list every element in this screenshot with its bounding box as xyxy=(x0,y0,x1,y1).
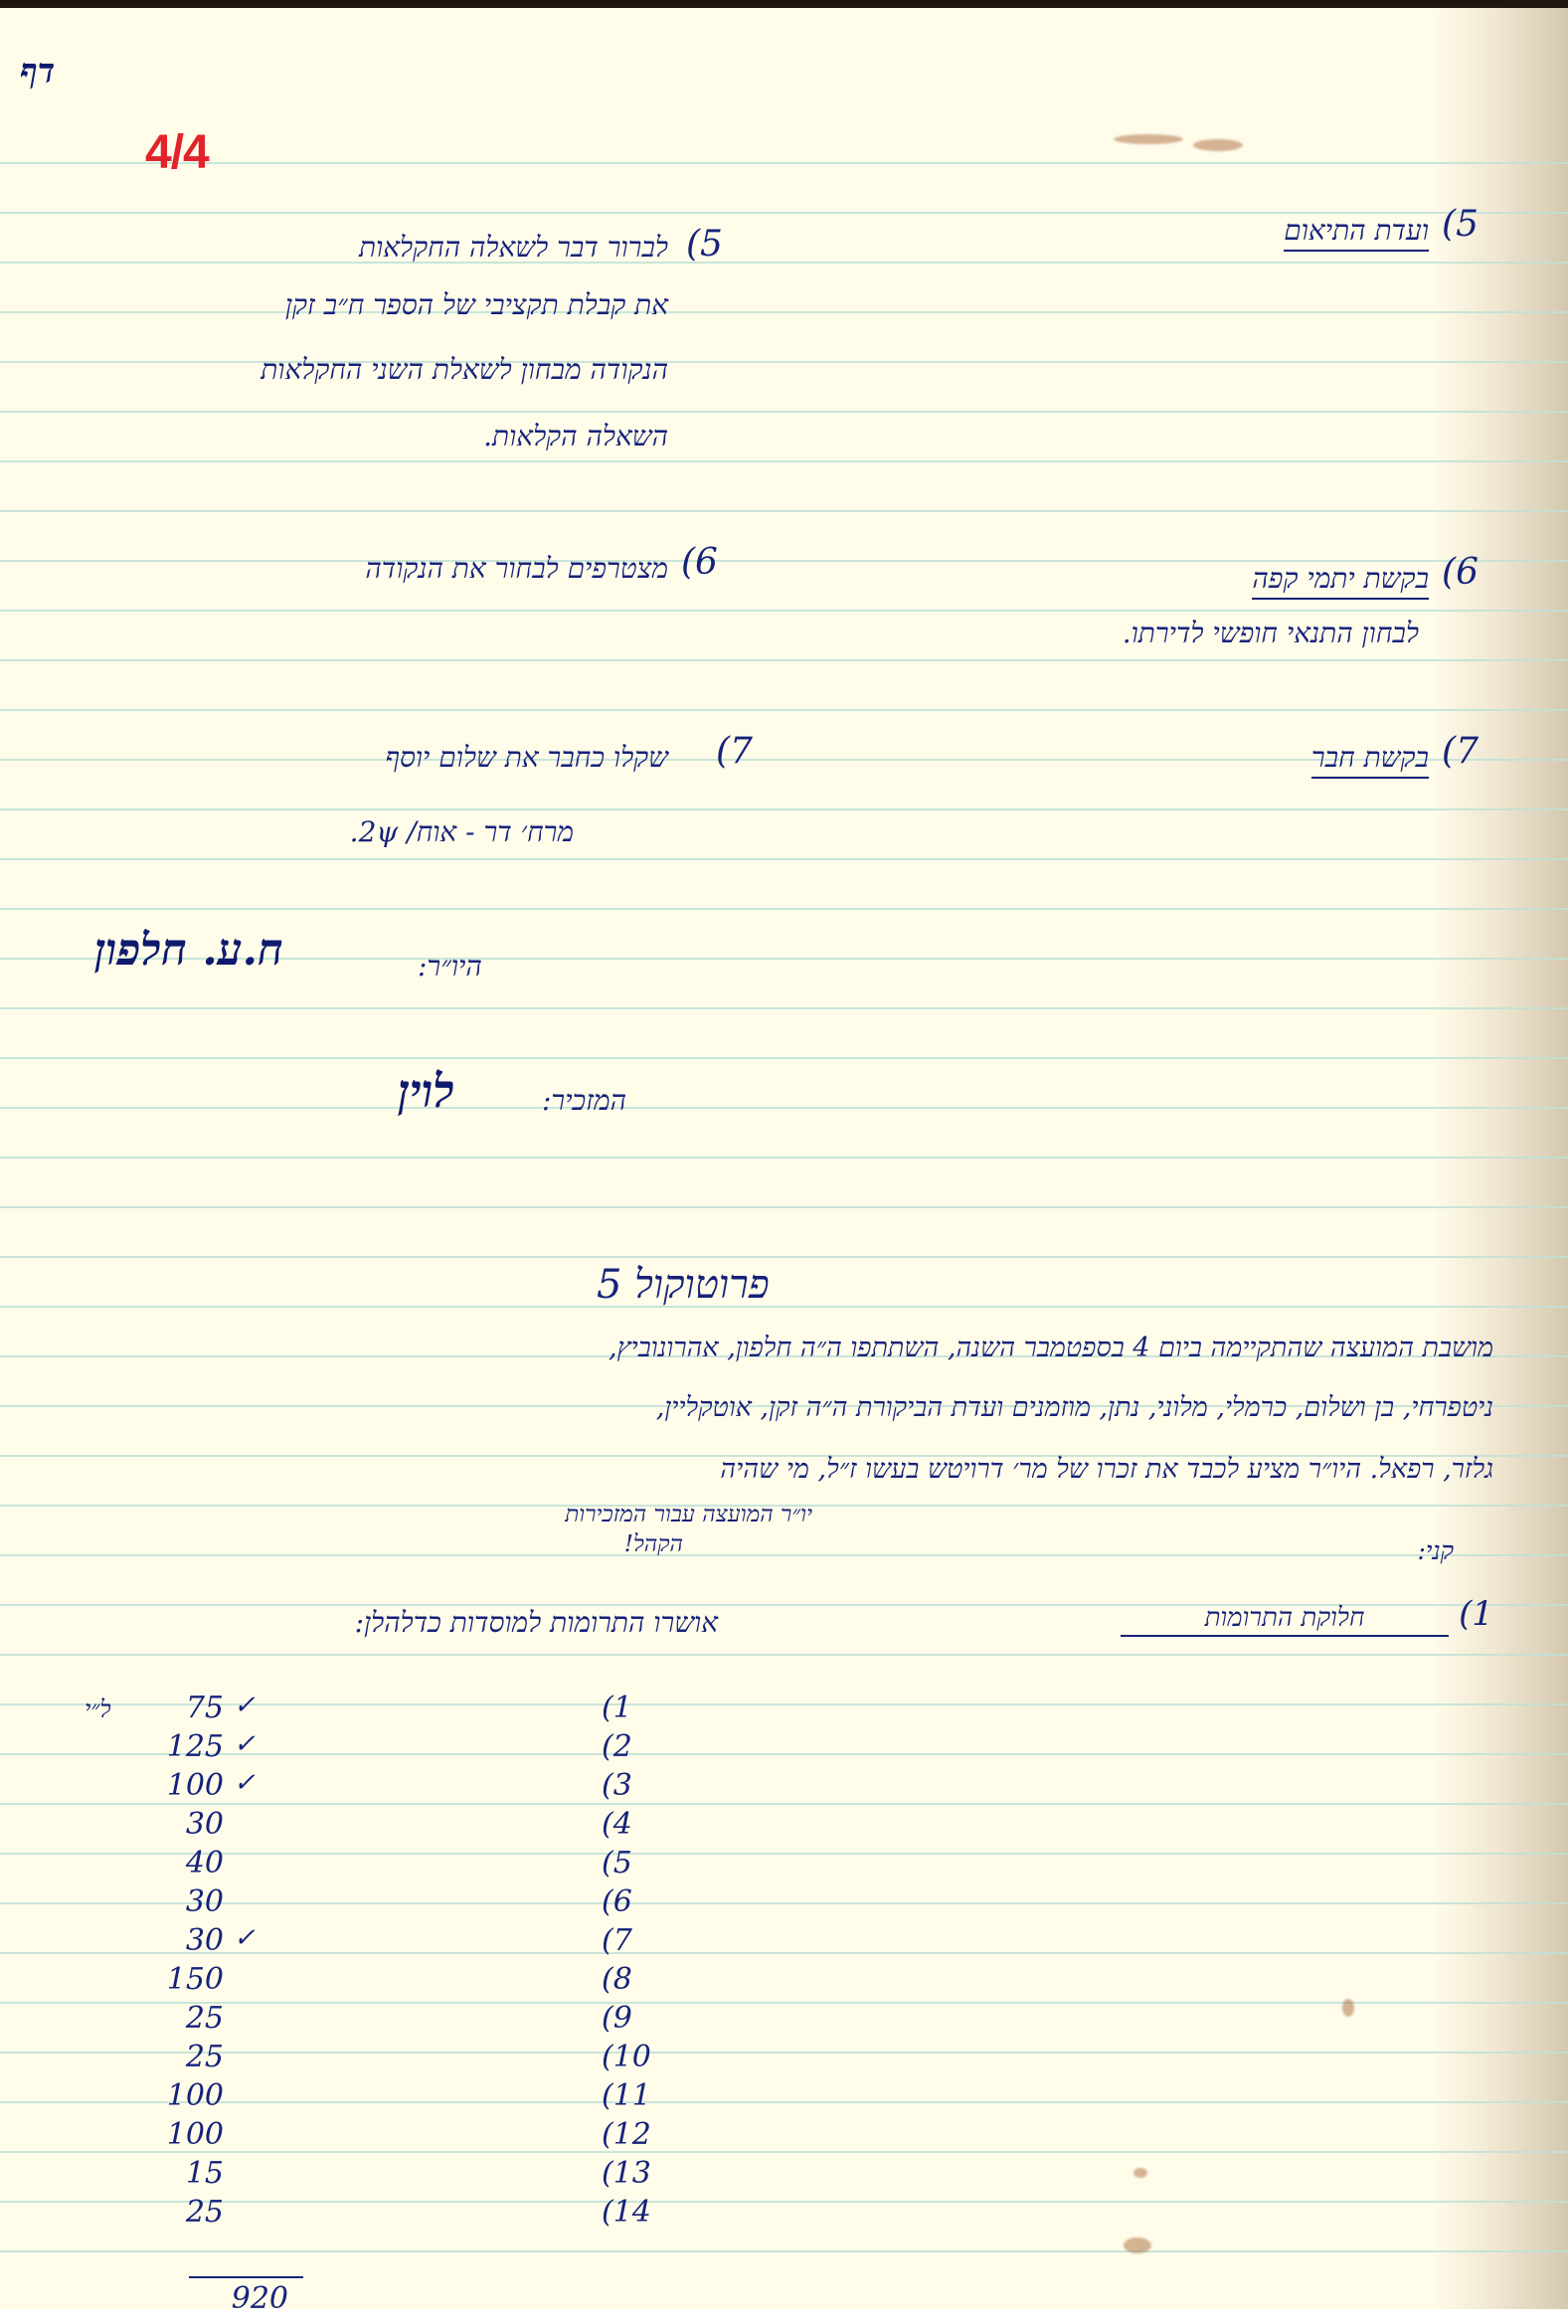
donation-number: 11) xyxy=(602,2078,651,2113)
protocol-paragraph-line: יו״ר המועצה עבור המזכירות xyxy=(565,1502,812,1527)
protocol-paragraph-line: קני: xyxy=(1418,1536,1455,1566)
donation-amount: 75 xyxy=(114,1691,224,1725)
checkmark-icon: ✓ xyxy=(234,1923,256,1953)
corner-page-mark: דף xyxy=(20,52,55,91)
currency-mark: ל״י xyxy=(85,1696,111,1724)
donation-number: 2) xyxy=(602,1729,632,1764)
decision-line: שקלו כחבר את שלום יוסף xyxy=(385,741,668,775)
donation-number: 6) xyxy=(602,1884,632,1919)
donation-amount: 40 xyxy=(114,1846,224,1880)
ruled-line xyxy=(0,1306,1568,1308)
item-num: 6) xyxy=(681,542,718,583)
scan-top-edge xyxy=(0,0,1568,8)
checkmark-icon: ✓ xyxy=(234,1691,256,1720)
donation-row: 2)ספרות קופת ע״י רמל״125✓ xyxy=(0,1729,696,1763)
agenda-note: לבחון התנאי חופשי לדירתו. xyxy=(1123,617,1419,650)
donation-amount: 30 xyxy=(114,1884,224,1919)
donation-amount: 30 xyxy=(114,1807,224,1842)
donation-number: 10) xyxy=(602,2040,651,2074)
donation-amount: 125 xyxy=(114,1729,224,1764)
donation-row: 3)בית כנסת רמ׳ בכפלטון100✓ xyxy=(0,1768,696,1802)
agenda-title: בקשת יתמי קפה xyxy=(1252,562,1429,600)
ruled-line xyxy=(0,262,1568,264)
donation-amount: 25 xyxy=(114,2195,224,2230)
ruled-line xyxy=(0,1007,1568,1009)
chair-signature: ח.ע. חלפון xyxy=(94,925,283,976)
stain xyxy=(1124,2237,1151,2253)
donation-number: 13) xyxy=(602,2156,651,2191)
decision-line: מרח׳ דר - אוח/ 2ψ. xyxy=(350,815,574,849)
ruled-line xyxy=(0,1206,1568,1208)
donation-number: 12) xyxy=(602,2117,651,2152)
donation-number: 14) xyxy=(602,2195,651,2230)
ruled-line xyxy=(0,1803,1568,1805)
donation-row: 7)חזון ובית ג30✓ xyxy=(0,1923,696,1957)
ruled-line xyxy=(0,162,1568,164)
secretary-signature: לוין xyxy=(398,1064,454,1118)
decision-line: את קבלת תקציבי של הספר ח״ב זקן xyxy=(285,288,668,322)
item-num: 5) xyxy=(686,224,723,265)
ruled-line xyxy=(0,1654,1568,1656)
ruled-line xyxy=(0,1107,1568,1109)
ruled-line xyxy=(0,460,1568,462)
donation-number: 5) xyxy=(602,1846,632,1880)
page-marker: 4/4 xyxy=(145,125,209,180)
list-heading: אושרו התרומות למוסדות כדלהלן: xyxy=(355,1606,718,1640)
protocol-paragraph-line: הקהל! xyxy=(624,1531,683,1557)
ruled-line xyxy=(0,510,1568,512)
ruled-line xyxy=(0,610,1568,612)
donation-row: 6)קק״ל הועד30 xyxy=(0,1884,696,1918)
donation-amount: 150 xyxy=(114,1962,224,1997)
stain xyxy=(1133,2168,1147,2178)
donation-row: 8)ההול150 xyxy=(0,1962,696,1996)
section-title: חלוקת התרומות xyxy=(1121,1603,1449,1637)
decision-line: השאלה הקלאות. xyxy=(483,420,668,453)
protocol-paragraph-line: גלזר, רפאל. היו״ר מציע לכבד את זכרו של מ… xyxy=(720,1454,1493,1485)
protocol-paragraph-line: מושבת המועצה שהתקיימה ביום 4 בספטמבר השנ… xyxy=(609,1333,1493,1363)
protocol-paragraph-line: ניטפרחי, בן ושלום, כרמלי, מלוני, נתן, מו… xyxy=(656,1392,1493,1423)
stain xyxy=(1114,134,1183,144)
donation-row: 12)גמילות חסדים100 xyxy=(0,2117,696,2151)
ruled-line xyxy=(0,311,1568,313)
donation-number: 1) xyxy=(602,1691,632,1725)
stain xyxy=(1193,139,1243,151)
item-num: 7) xyxy=(1442,731,1479,772)
chair-label: היו״ר: xyxy=(418,950,482,983)
agenda-title: ועדת התיאום xyxy=(1284,214,1429,252)
decision-line: מצטרפים לבחור את הנקודה xyxy=(365,552,668,586)
donation-number: 7) xyxy=(602,1923,632,1958)
donation-row: 10)אורות יד25 xyxy=(0,2040,696,2073)
item-num: 7) xyxy=(716,731,753,772)
donation-row: 11)קפה לעזרה הדדית100 xyxy=(0,2078,696,2112)
donation-amount: 100 xyxy=(114,2117,224,2152)
donation-row: 5)קדל40 xyxy=(0,1846,696,1879)
notebook-page: דף 4/4 5) ועדת התיאום 6) בקשת יתמי קפה ל… xyxy=(0,0,1568,2309)
item-num: 6) xyxy=(1442,552,1479,593)
donation-amount: 25 xyxy=(114,2040,224,2074)
ruled-line xyxy=(0,361,1568,363)
donation-number: 9) xyxy=(602,2001,632,2036)
donation-amount: 100 xyxy=(114,1768,224,1803)
donation-number: 4) xyxy=(602,1807,632,1842)
checkmark-icon: ✓ xyxy=(234,1768,256,1798)
ruled-line xyxy=(0,411,1568,413)
decision-line: הנקודה מבחון לשאלת השני החקלאות xyxy=(261,353,668,387)
donation-row: 13)ועד למען החייל15 xyxy=(0,2156,696,2190)
donation-row: 9)ווקפו25 xyxy=(0,2001,696,2035)
donation-amount: 30 xyxy=(114,1923,224,1958)
item-num: 5) xyxy=(1442,204,1479,245)
donation-row: 14)״הדסה״25 xyxy=(0,2195,696,2229)
ruled-line xyxy=(0,858,1568,860)
ruled-line xyxy=(0,2250,1568,2252)
ruled-line xyxy=(0,1554,1568,1556)
donation-number: 3) xyxy=(602,1768,632,1803)
donation-amount: 15 xyxy=(114,2156,224,2191)
ruled-line xyxy=(0,709,1568,711)
donation-amount: 100 xyxy=(114,2078,224,2113)
checkmark-icon: ✓ xyxy=(234,1729,256,1759)
ruled-line xyxy=(0,659,1568,661)
agenda-title: בקשת חבר xyxy=(1311,741,1429,779)
ruled-line xyxy=(0,908,1568,910)
ruled-line xyxy=(0,808,1568,810)
total-underline xyxy=(189,2276,303,2278)
donation-number: 8) xyxy=(602,1962,632,1997)
protocol-title: פרוטוקול 5 xyxy=(597,1261,770,1308)
donations-total: 920 xyxy=(179,2281,288,2316)
ruled-line xyxy=(0,2151,1568,2153)
secretary-label: המזכיר: xyxy=(542,1084,626,1118)
donation-amount: 25 xyxy=(114,2001,224,2036)
donation-row: 4)חרשנו אלמנות30 xyxy=(0,1807,696,1841)
ruled-line xyxy=(0,1057,1568,1059)
item-num: 1) xyxy=(1459,1594,1493,1634)
decision-line: לברור דבר לשאלה החקלאות xyxy=(359,231,668,265)
stain xyxy=(1342,1999,1354,2017)
ruled-line xyxy=(0,1157,1568,1159)
ruled-line xyxy=(0,1256,1568,1258)
